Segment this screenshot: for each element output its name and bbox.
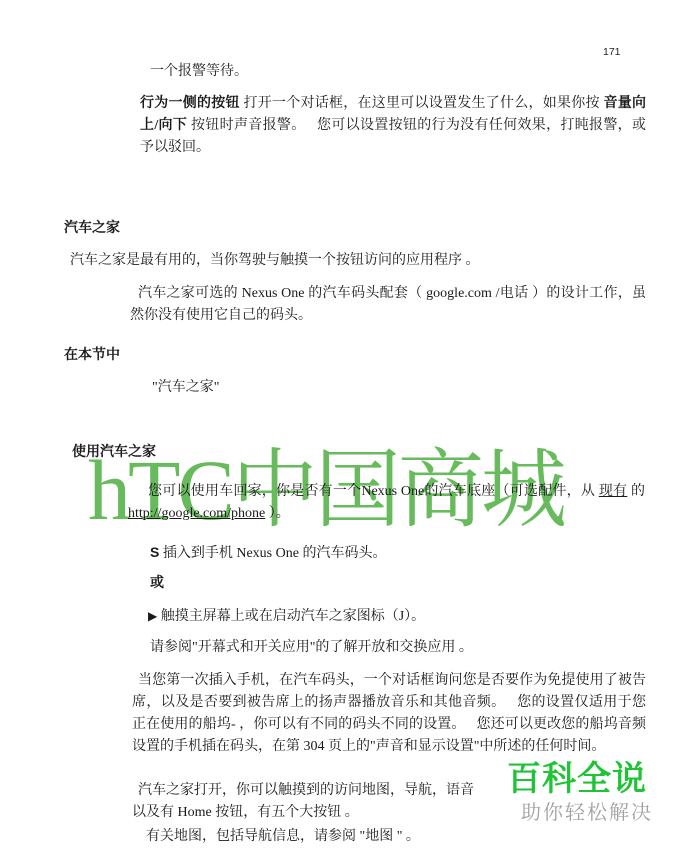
section-item-car-home: "汽车之家" — [152, 377, 219, 399]
step-touch-icon: ▶ 触摸主屏幕上或在启动汽车之家图标（J）。 — [148, 605, 648, 628]
paragraph-dock-note: 汽车之家可选的 Nexus One 的汽车码头配套（ google.com /电… — [130, 283, 646, 327]
heading-in-this-section: 在本节中 — [64, 345, 120, 367]
heading-using-car-home: 使用汽车之家 — [72, 442, 156, 464]
link-google-phone-url[interactable]: http://google.com/phone — [128, 506, 265, 521]
document-page: 171 一个报警等待。 行为一侧的按钮 打开一个对话框，在这里可以设置发生了什么… — [0, 0, 692, 856]
paragraph-side-button-behavior: 行为一侧的按钮 打开一个对话框，在这里可以设置发生了什么，如果你按 音量向上/向… — [140, 93, 646, 159]
baike-quanshuo-logo-title: 百科全说 — [507, 760, 692, 798]
step-s-text: 插入到手机 Nexus One 的汽车码头。 — [159, 546, 386, 561]
paragraph-use-car-home-intro: 您可以使用车回家，你是否有一个Nexus One的汽车底座（可选配件，从 现有 … — [128, 481, 645, 525]
use-intro-text2: 的 — [627, 484, 645, 499]
heading-car-home: 汽车之家 — [64, 218, 120, 240]
step-insert-phone: S 插入到手机 Nexus One 的汽车码头。 — [150, 541, 650, 565]
side-button-behavior-text1: 打开一个对话框，在这里可以设置发生了什么，如果你按 — [240, 96, 604, 111]
use-intro-text1: 您可以使用车回家，你是否有一个Nexus One的汽车底座（可选配件，从 — [148, 484, 599, 499]
triangle-bullet-icon: ▶ — [148, 609, 157, 623]
paragraph-alarm-wait: 一个报警等待。 — [150, 61, 248, 83]
baike-quanshuo-logo-subtitle: 助你轻松解决 — [521, 801, 692, 825]
paragraph-see-opening-apps: 请参阅"开幕式和开关应用"的了解开放和交换应用 。 — [150, 637, 650, 659]
side-button-behavior-text2: 按钮时声音报警。 您可以设置按钮的行为没有任何效果，打盹报警，或予以驳回。 — [140, 118, 646, 155]
paragraph-car-home-intro: 汽车之家是最有用的，当你驾驶与触摸一个按钮访问的应用程序 。 — [70, 250, 646, 272]
paragraph-first-time-dock: 当您第一次插入手机，在汽车码头，一个对话框询问您是否要作为免提使用了被告席，以及… — [132, 670, 646, 758]
use-intro-text3: ）。 — [265, 506, 290, 521]
or-label: 或 — [150, 573, 164, 595]
page-number: 171 — [603, 41, 621, 63]
baike-quanshuo-logo: 百科全说 助你轻松解决 — [499, 752, 692, 856]
link-existing[interactable]: 现有 — [599, 484, 627, 499]
step-s-marker: S — [150, 544, 159, 560]
step-touch-text: 触摸主屏幕上或在启动汽车之家图标（J）。 — [157, 609, 425, 624]
side-button-behavior-label: 行为一侧的按钮 — [140, 96, 240, 111]
